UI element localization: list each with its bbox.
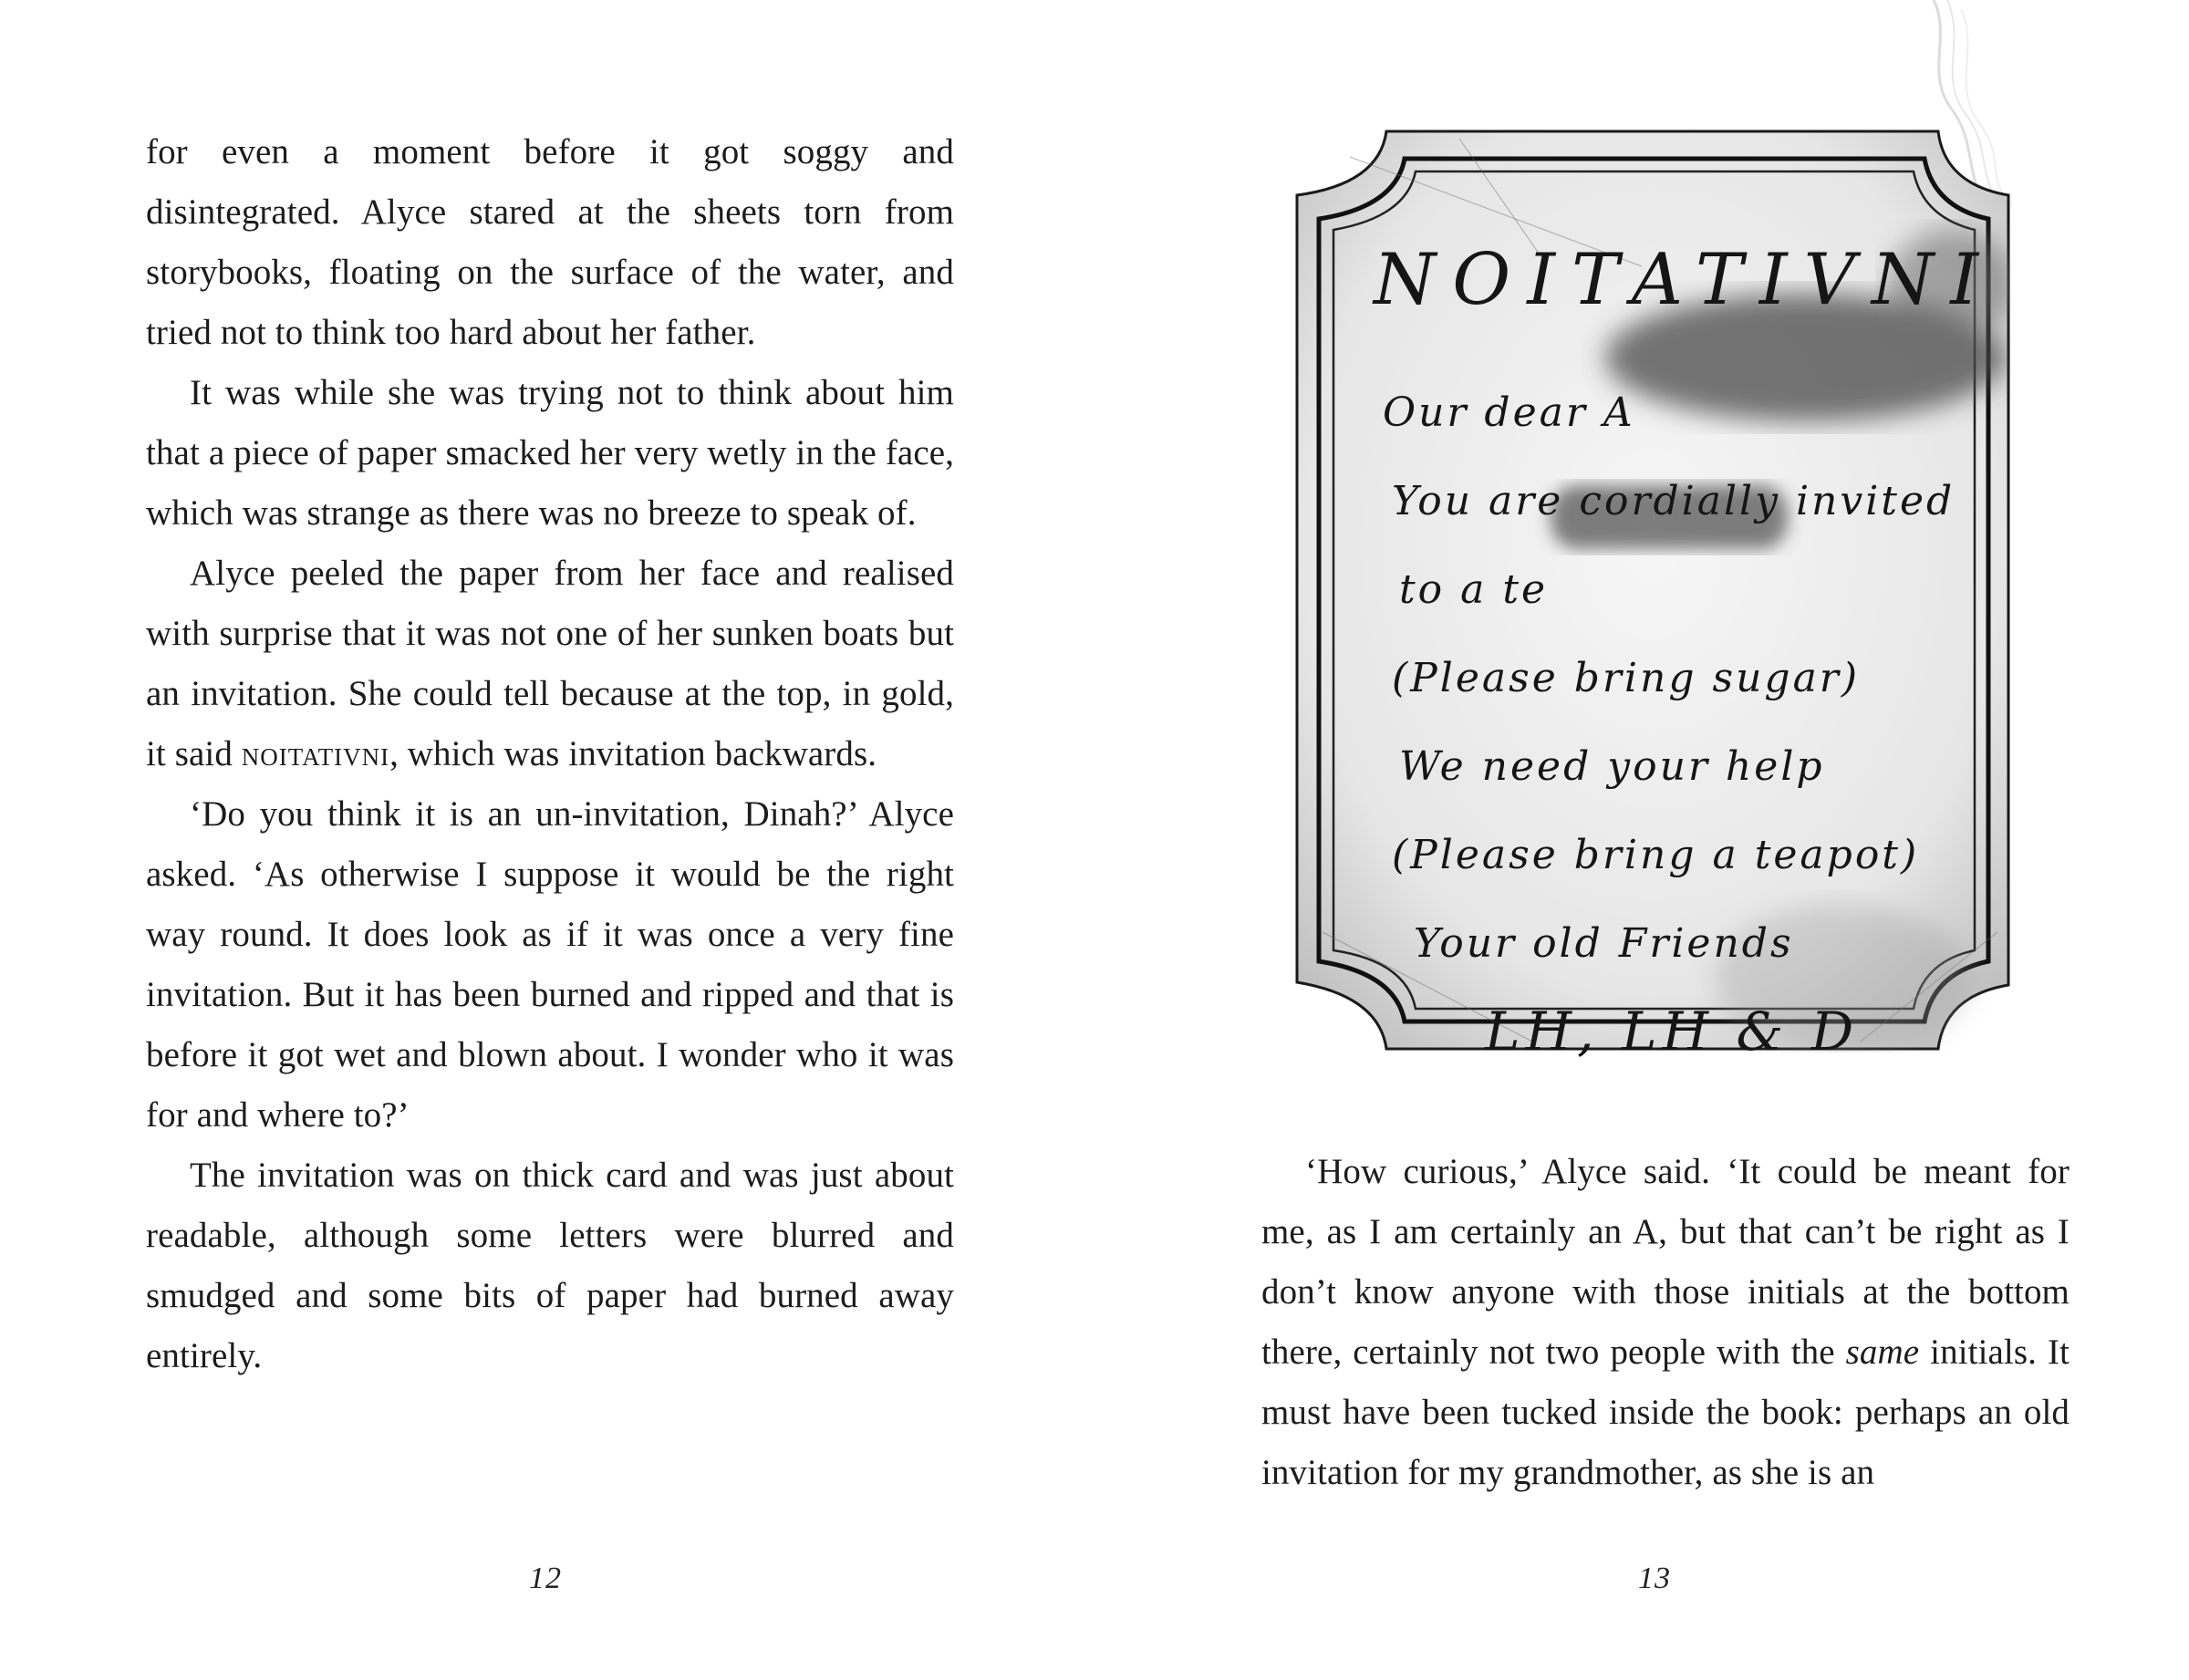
small-caps-word: NOITATIVNI bbox=[242, 734, 389, 773]
italic-word: same bbox=[1846, 1333, 1920, 1372]
paragraph-text: , which was invitation backwards. bbox=[389, 734, 877, 773]
left-page-text: for even a moment before it got soggy an… bbox=[146, 122, 954, 1386]
paragraph: Alyce peeled the paper from her face and… bbox=[146, 544, 954, 784]
paragraph: ‘Do you think it is an un-invitation, Di… bbox=[146, 784, 954, 1146]
paragraph: for even a moment before it got soggy an… bbox=[146, 122, 954, 363]
paragraph: ‘How curious,’ Alyce said. ‘It could be … bbox=[1261, 1142, 2070, 1503]
page-number: 12 bbox=[529, 1561, 562, 1596]
left-page: for even a moment before it got soggy an… bbox=[0, 0, 1094, 1680]
right-page: ‘How curious,’ Alyce said. ‘It could be … bbox=[1094, 0, 2189, 1680]
paragraph: It was while she was trying not to think… bbox=[146, 363, 954, 544]
right-page-text: ‘How curious,’ Alyce said. ‘It could be … bbox=[1261, 1142, 2070, 1503]
paragraph: The invitation was on thick card and was… bbox=[146, 1146, 954, 1386]
page-number: 13 bbox=[1638, 1561, 1671, 1596]
